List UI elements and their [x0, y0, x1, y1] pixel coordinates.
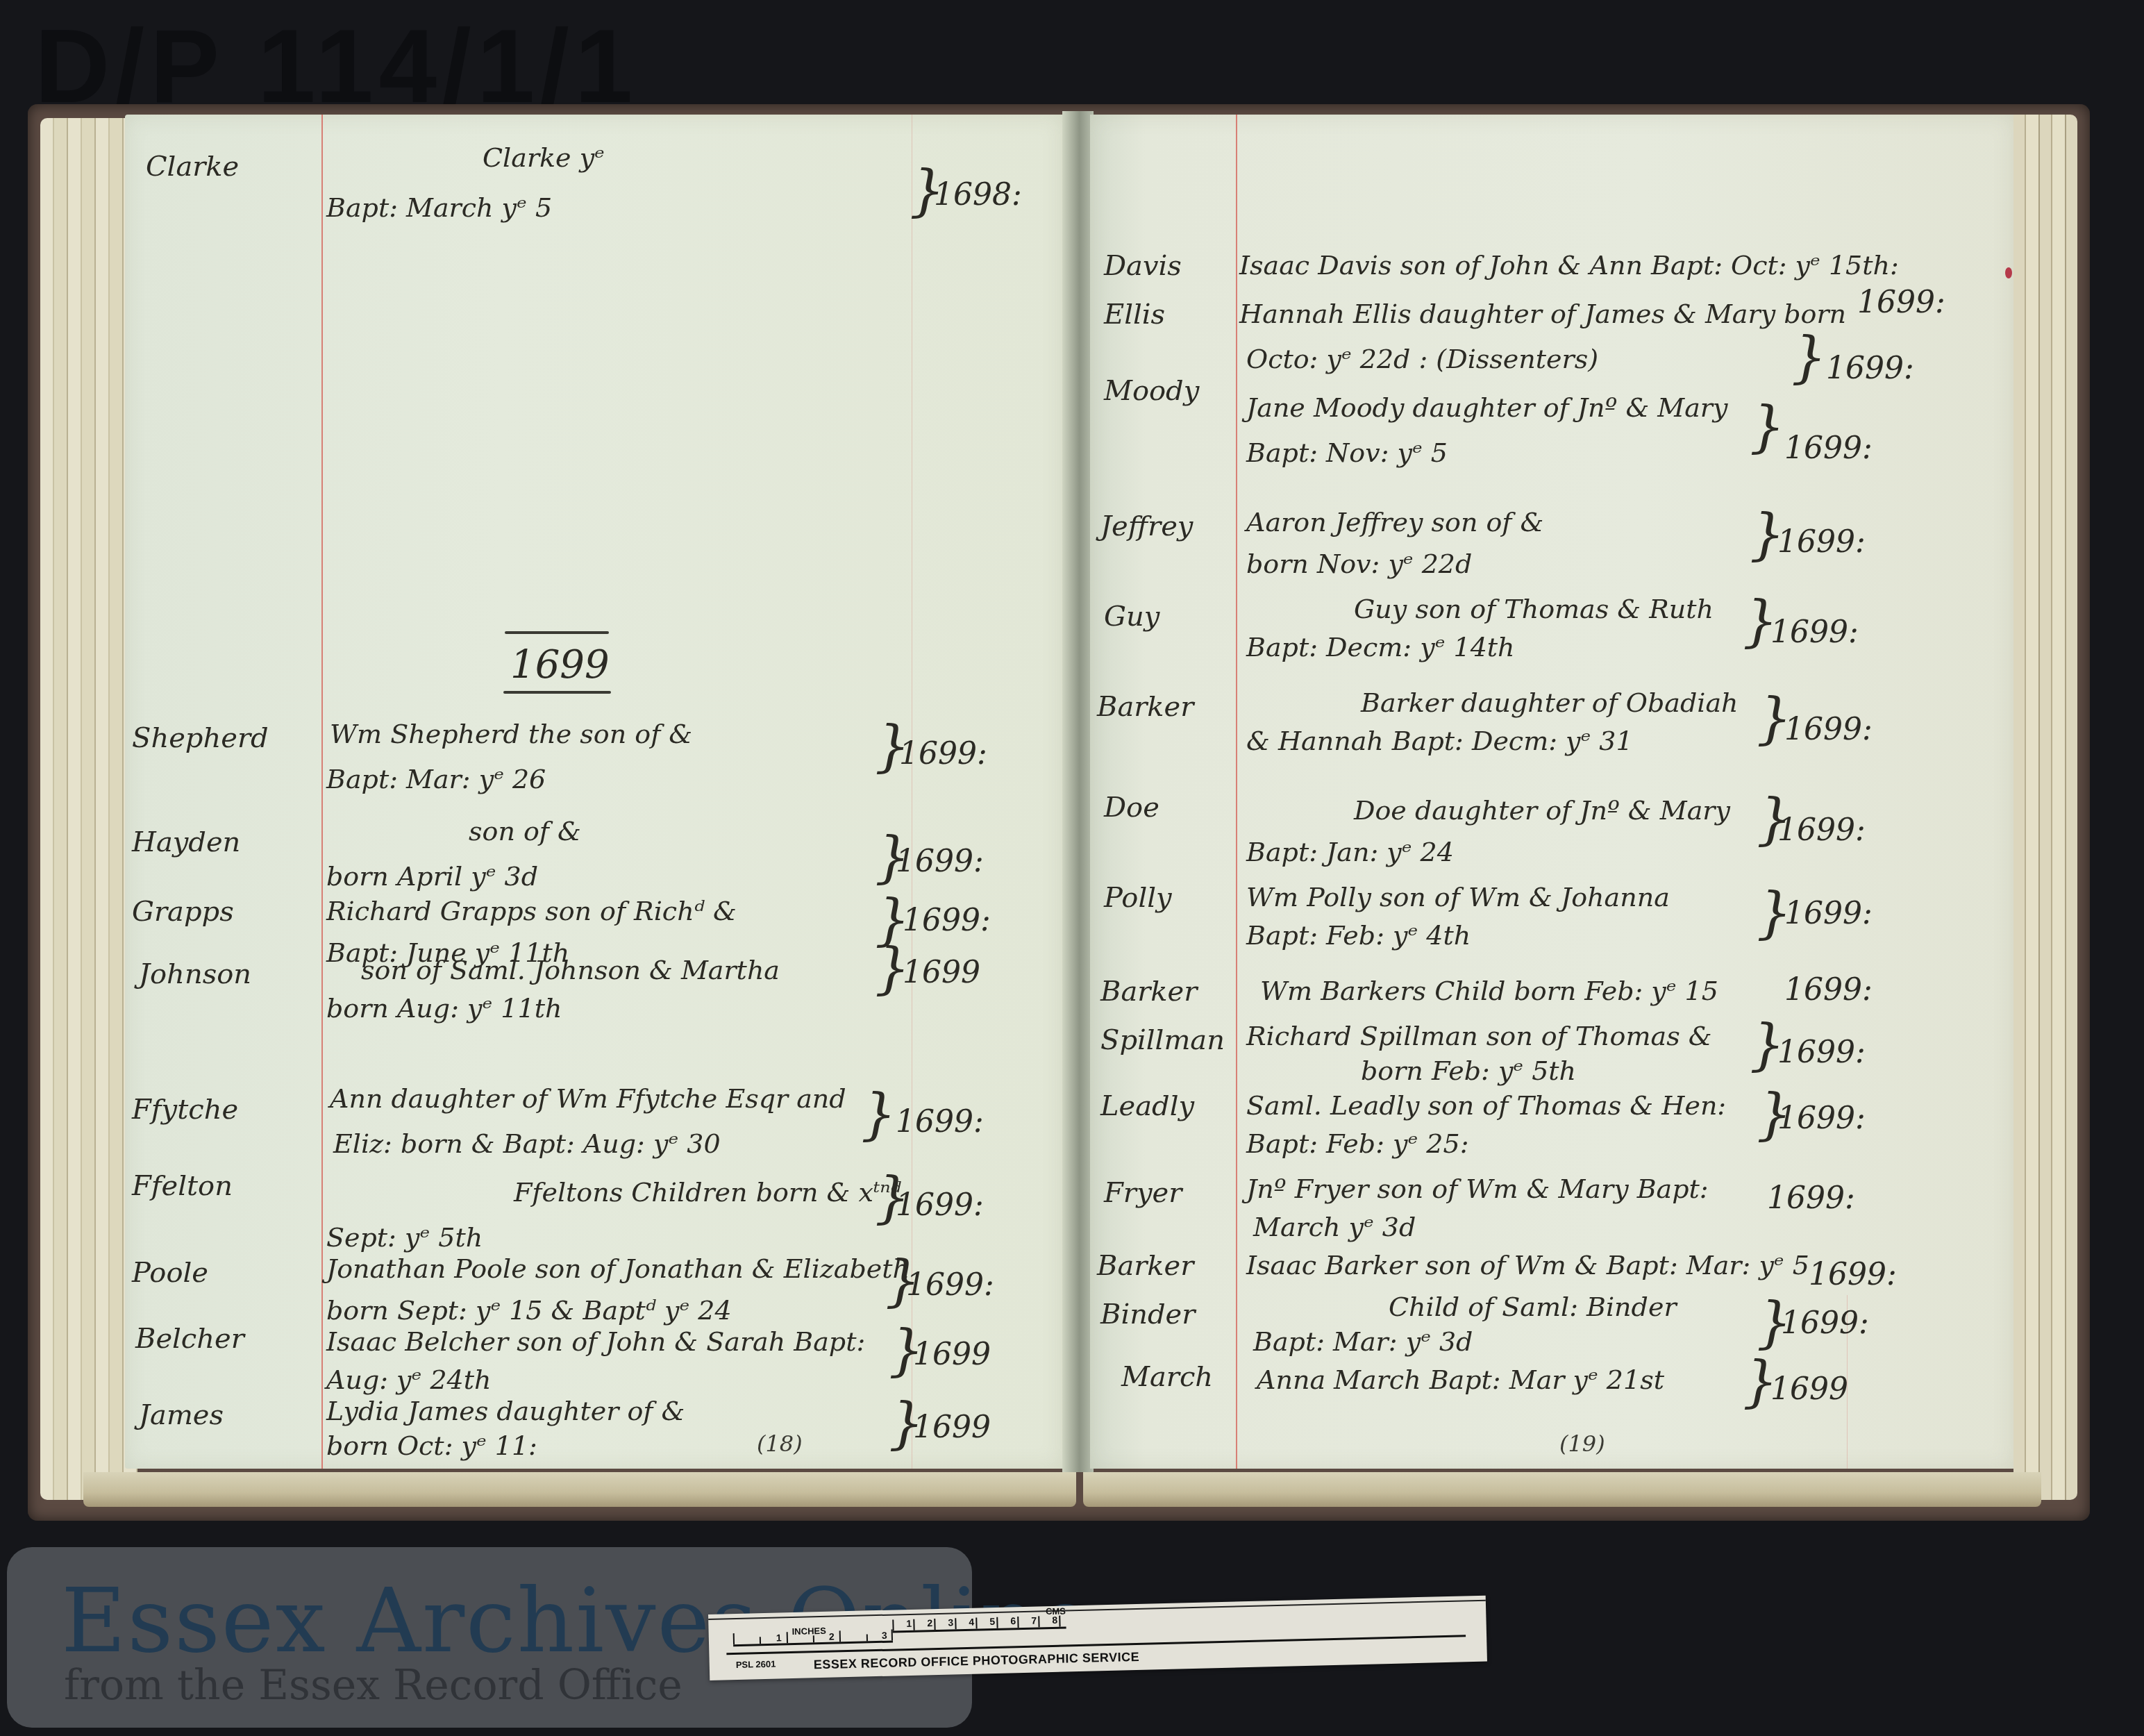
surname-margin: Fryer	[1104, 1177, 1182, 1209]
entry-line: Clarke yᵉ	[483, 142, 605, 173]
surname-margin: Johnson	[139, 958, 251, 990]
surname-margin: Barker	[1097, 1250, 1194, 1282]
entry-year: 1699:	[896, 1187, 984, 1223]
heading-rule-bottom	[503, 691, 611, 694]
entry-line: Wm Polly son of Wm & Johanna	[1246, 882, 1670, 912]
entry-line: Jonathan Poole son of Jonathan & Elizabe…	[326, 1253, 910, 1284]
entry-line: born April yᵉ 3d	[326, 861, 538, 892]
surname-margin: Ellis	[1104, 299, 1165, 331]
entry-line: born Oct: yᵉ 11:	[326, 1430, 537, 1461]
entry-line: Hannah Ellis daughter of James & Mary bo…	[1239, 299, 1846, 329]
surname-margin: Grapps	[132, 896, 234, 928]
entry-year: 1699:	[1770, 615, 1859, 650]
red-ink-mark	[2005, 267, 2012, 278]
entry-year: 1699:	[1777, 812, 1866, 848]
entry-year: 1699:	[899, 736, 987, 771]
surname-margin: Binder	[1100, 1299, 1195, 1330]
surname-margin: Shepherd	[132, 722, 269, 754]
entry-line: born Sept: yᵉ 15 & Baptᵈ yᵉ 24	[326, 1295, 732, 1326]
entry-line: Lydia James daughter of &	[326, 1396, 685, 1426]
brace: }	[1750, 399, 1785, 455]
entry-year: 1699	[1770, 1371, 1848, 1407]
entry-line: Jnº Fryer son of Wm & Mary Bapt:	[1246, 1174, 1709, 1204]
entry-line: Bapt: Feb: yᵉ 25:	[1246, 1128, 1468, 1159]
inch-tick-label: 1	[776, 1632, 782, 1643]
brace: }	[861, 1087, 896, 1142]
entry-line: Richard Grapps son of Richᵈ &	[326, 896, 737, 926]
page-number: (18)	[757, 1430, 803, 1457]
entry-line: Ann daughter of Wm Ffytche Esqr and	[330, 1083, 846, 1114]
entry-line: Ffeltons Children born & xᵗⁿᵈ	[514, 1177, 901, 1208]
page-stack-right	[2013, 115, 2077, 1500]
right-page: Davis Isaac Davis son of John & Ann Bapt…	[1090, 115, 2013, 1469]
entry-line: son of &	[469, 816, 581, 846]
entry-line: Bapt: Decm: yᵉ 14th	[1246, 632, 1515, 662]
page-stack-left	[40, 118, 137, 1500]
margin-rule	[1236, 115, 1237, 1469]
entry-line: Aug: yᵉ 24th	[326, 1364, 491, 1395]
entry-line: Isaac Davis son of John & Ann Bapt: Oct:…	[1239, 250, 1899, 281]
entry-line: Bapt: Mar: yᵉ 3d	[1253, 1326, 1473, 1357]
entry-line: born Nov: yᵉ 22d	[1246, 549, 1472, 579]
entry-year: 1699	[913, 1410, 991, 1445]
surname-margin: Doe	[1104, 792, 1159, 824]
surname-margin: Hayden	[132, 826, 240, 858]
ruler-code: PSL 2601	[736, 1659, 776, 1670]
entry-line: born Feb: yᵉ 5th	[1361, 1055, 1576, 1086]
entry-line: Isaac Belcher son of John & Sarah Bapt:	[326, 1326, 865, 1357]
entry-line: Bapt: Feb: yᵉ 4th	[1246, 920, 1471, 951]
surname-margin: Poole	[132, 1257, 208, 1289]
surname-margin: March	[1121, 1361, 1213, 1393]
entry-line: Bapt: Jan: yᵉ 24	[1246, 837, 1454, 867]
watermark-subtitle: from the Essex Record Office	[64, 1661, 682, 1710]
left-page: Clarke Clarke yᵉ Bapt: March yᵉ 5 } 1698…	[125, 115, 1062, 1469]
entry-year: 1699:	[1809, 1257, 1897, 1292]
margin-rule	[321, 115, 323, 1469]
section-year-heading: 1699	[510, 642, 610, 687]
entry-year: 1699:	[1777, 524, 1866, 560]
page-stack-bottom-right	[1083, 1472, 2041, 1507]
entry-line: March yᵉ 3d	[1253, 1212, 1416, 1242]
document-reference: D/P 114/1/1	[35, 14, 638, 118]
entry-line: Saml. Leadly son of Thomas & Hen:	[1246, 1090, 1726, 1121]
cm-tick-label: 3	[948, 1617, 953, 1628]
entry-year: 1699:	[1777, 1035, 1866, 1070]
surname-margin: Spillman	[1100, 1024, 1225, 1056]
entry-line: Bapt: March yᵉ 5	[326, 192, 552, 223]
entry-line: Bapt: Mar: yᵉ 26	[326, 764, 546, 794]
entry-year: 1699:	[1777, 1101, 1866, 1136]
entry-line: son of Saml. Johnson & Martha	[361, 955, 780, 985]
entry-line: Wm Shepherd the son of &	[330, 719, 692, 749]
surname-margin: Leadly	[1100, 1090, 1194, 1122]
entry-year: 1699:	[1784, 972, 1873, 1008]
entry-year: 1699:	[1826, 351, 1914, 386]
entry-year: 1699	[913, 1337, 991, 1372]
entry-year: 1699:	[896, 1104, 984, 1140]
surname-margin: Barker	[1100, 976, 1197, 1008]
entry-line: Sept: yᵉ 5th	[326, 1222, 483, 1253]
entry-line: Anna March Bapt: Mar yᵉ 21st	[1257, 1364, 1664, 1395]
page-stack-bottom-left	[83, 1472, 1076, 1507]
entry-line: born Aug: yᵉ 11th	[326, 993, 562, 1024]
entry-line: Eliz: born & Bapt: Aug: yᵉ 30	[333, 1128, 721, 1159]
entry-year: 1699:	[1784, 712, 1873, 747]
surname-margin: Jeffrey	[1100, 510, 1193, 542]
entry-line: Guy son of Thomas & Ruth	[1354, 594, 1714, 624]
inch-tick-label: 3	[882, 1630, 887, 1641]
entry-line: Aaron Jeffrey son of &	[1246, 507, 1543, 537]
cm-tick-label: 4	[969, 1617, 974, 1628]
entry-line: Jane Moody daughter of Jnº & Mary	[1246, 392, 1728, 423]
entry-year: 1699	[903, 955, 980, 990]
entry-line: Barker daughter of Obadiah	[1361, 687, 1739, 718]
surname-margin: Polly	[1104, 882, 1172, 914]
surname-margin: Guy	[1104, 601, 1159, 633]
surname-margin: Ffytche	[132, 1094, 238, 1126]
entry-line: & Hannah Bapt: Decm: yᵉ 31	[1246, 726, 1633, 756]
inches-scale: 1 2 3	[733, 1626, 894, 1647]
surname-margin: Barker	[1097, 691, 1194, 723]
entry-line: Doe daughter of Jnº & Mary	[1354, 795, 1730, 826]
entry-year: 1699:	[1781, 1305, 1869, 1341]
entry-line: Wm Barkers Child born Feb: yᵉ 15	[1260, 976, 1718, 1006]
entry-line: Richard Spillman son of Thomas &	[1246, 1021, 1712, 1051]
heading-rule-top	[505, 631, 609, 634]
entry-year: 1699:	[903, 903, 991, 938]
entry-year: 1699:	[1784, 896, 1873, 931]
surname-margin: Moody	[1104, 375, 1199, 407]
cm-tick-label: 2	[927, 1617, 932, 1628]
entry-year: 1699:	[906, 1267, 994, 1303]
cm-tick-label: 7	[1031, 1614, 1037, 1626]
entry-year: 1699:	[1767, 1180, 1855, 1216]
entry-line: Child of Saml: Binder	[1389, 1292, 1677, 1322]
cm-tick-label: 6	[1010, 1615, 1016, 1626]
cm-tick-label: 5	[989, 1616, 995, 1627]
entry-line: Isaac Barker son of Wm & Bapt: Mar: yᵉ 5	[1246, 1250, 1809, 1280]
surname-margin: James	[139, 1399, 224, 1431]
entry-year: 1699:	[896, 844, 984, 879]
surname-margin: Belcher	[135, 1323, 244, 1355]
cms-scale: 1 2 3 4 5 6 7 8	[892, 1612, 1066, 1633]
book-gutter	[1062, 111, 1094, 1472]
inch-tick-label: 2	[829, 1631, 835, 1642]
surname-margin: Clarke	[146, 151, 239, 183]
entry-year: 1699:	[1857, 285, 1945, 320]
cm-tick-label: 1	[906, 1618, 912, 1629]
surname-margin: Ffelton	[132, 1170, 233, 1202]
ruler-service-label: ESSEX RECORD OFFICE PHOTOGRAPHIC SERVICE	[814, 1650, 1140, 1672]
entry-line: Bapt: Nov: yᵉ 5	[1246, 437, 1448, 468]
surname-margin: Davis	[1104, 250, 1182, 282]
entry-year: 1699:	[1784, 431, 1873, 466]
cm-tick-label: 8	[1052, 1614, 1057, 1626]
page-number: (19)	[1559, 1430, 1605, 1457]
entry-year: 1698:	[934, 177, 1022, 212]
brace: }	[1791, 330, 1827, 385]
entry-line: Octo: yᵉ 22d : (Dissenters)	[1246, 344, 1598, 374]
